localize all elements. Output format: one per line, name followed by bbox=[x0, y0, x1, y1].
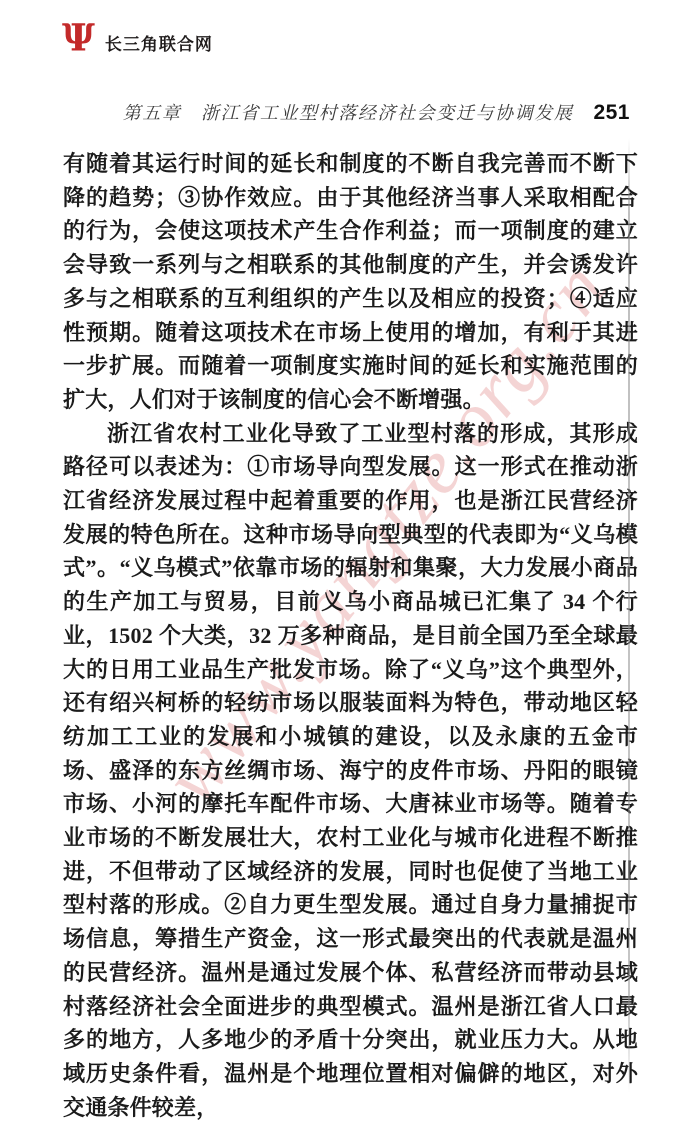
paragraph-continuation: 有随着其运行时间的延长和制度的不断自我完善而不断下降的趋势；③协作效应。由于其他… bbox=[63, 147, 638, 417]
page-number: 251 bbox=[593, 101, 630, 125]
body-text-column: 有随着其运行时间的延长和制度的不断自我完善而不断下降的趋势；③协作效应。由于其他… bbox=[63, 147, 638, 1124]
logo-psi-icon: Ψ bbox=[62, 17, 95, 59]
running-header: 第五章 浙江省工业型村落经济社会变迁与协调发展 251 bbox=[63, 99, 630, 125]
chapter-title: 第五章 浙江省工业型村落经济社会变迁与协调发展 bbox=[123, 99, 574, 125]
logo-site-name: 长三角联合网 bbox=[105, 22, 213, 55]
paragraph-village-formation: 浙江省农村工业化导致了工业型村落的形成，其形成路径可以表述为：①市场导向型发展。… bbox=[63, 417, 638, 1125]
site-logo: Ψ 长三角联合网 bbox=[62, 18, 213, 58]
page-scan-edge-line bbox=[628, 138, 630, 1093]
scanned-book-page: Ψ 长三角联合网 第五章 浙江省工业型村落经济社会变迁与协调发展 251 www… bbox=[0, 0, 700, 1148]
